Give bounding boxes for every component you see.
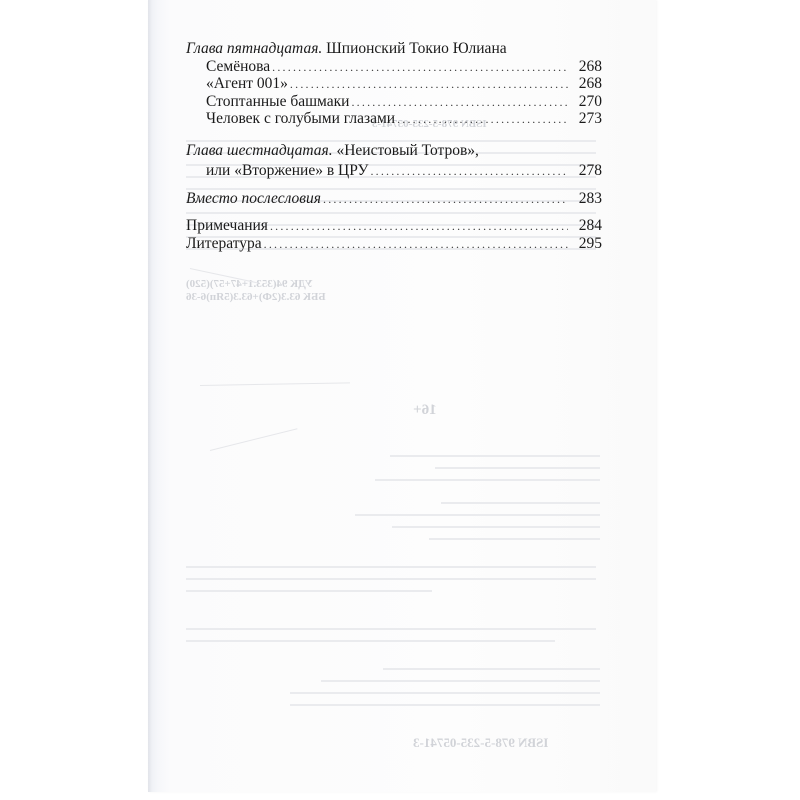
- entry-title: Человек с голубыми глазами: [206, 110, 397, 127]
- page-number: 295: [576, 235, 602, 252]
- dot-leader: ........................................…: [351, 94, 568, 111]
- dot-leader: ........................................…: [272, 59, 568, 76]
- chapter-title: Шпионский Токио Юлиана: [326, 40, 506, 57]
- dot-leader: ........................................…: [323, 191, 568, 208]
- entry-title: Семёнова: [206, 58, 272, 75]
- entry-title: «Агент 001»: [206, 75, 290, 92]
- entry-title: Вместо послесловия: [186, 190, 323, 207]
- page-number: 270: [576, 93, 602, 110]
- toc-entry: Стоптанные башмаки .....................…: [186, 93, 602, 111]
- page-number: 278: [576, 162, 602, 179]
- toc-chapter-15: Глава пятнадцатая. Шпионский Токио Юлиан…: [186, 40, 602, 58]
- toc-entry-literature: Литература .............................…: [186, 235, 602, 253]
- toc-entry: Человек с голубыми глазами .............…: [186, 110, 602, 128]
- bleed-publisher: [186, 628, 596, 652]
- bleed-editors: [355, 502, 600, 550]
- bleed-age-rating: 16+: [413, 402, 437, 419]
- toc-entry: или «Вторжение» в ЦРУ ..................…: [186, 162, 602, 180]
- dot-leader: ........................................…: [290, 76, 568, 93]
- entry-title: или «Вторжение» в ЦРУ: [206, 162, 370, 179]
- bleed-bbk: ББК 63.3(2Ф)+63.3(5Яп)6-36: [186, 291, 326, 303]
- toc-entry-notes: Примечания .............................…: [186, 217, 602, 235]
- bleed-imprint: [300, 455, 600, 491]
- chapter-title: «Неистовый Тотров»,: [336, 142, 478, 159]
- toc-entry: «Агент 001» ............................…: [186, 75, 602, 93]
- page-number: 268: [576, 75, 602, 92]
- toc-entry-afterword: Вместо послесловия .....................…: [186, 190, 602, 208]
- bleed-print-info: [186, 566, 596, 602]
- table-of-contents: Глава пятнадцатая. Шпионский Токио Юлиан…: [186, 40, 602, 252]
- entry-title: Стоптанные башмаки: [206, 93, 351, 110]
- bleed-isbn: ISBN 978-5-235-05741-3: [413, 735, 548, 751]
- chapter-label: Глава пятнадцатая.: [186, 40, 322, 57]
- page-number: 283: [576, 190, 602, 207]
- dot-leader: ........................................…: [270, 218, 568, 235]
- dot-leader: ........................................…: [370, 163, 568, 180]
- chapter-label: Глава шестнадцатая.: [186, 142, 333, 159]
- page-number: 273: [576, 110, 602, 127]
- bleed-printer: [290, 668, 600, 716]
- toc-entry: Семёнова ...............................…: [186, 58, 602, 76]
- toc-chapter-16: Глава шестнадцатая. «Неистовый Тотров»,: [186, 142, 602, 160]
- dot-leader: ........................................…: [397, 111, 568, 128]
- page-number: 268: [576, 58, 602, 75]
- entry-title: Литература: [186, 235, 264, 252]
- page-number: 284: [576, 217, 602, 234]
- entry-title: Примечания: [186, 217, 270, 234]
- dot-leader: ........................................…: [264, 236, 568, 253]
